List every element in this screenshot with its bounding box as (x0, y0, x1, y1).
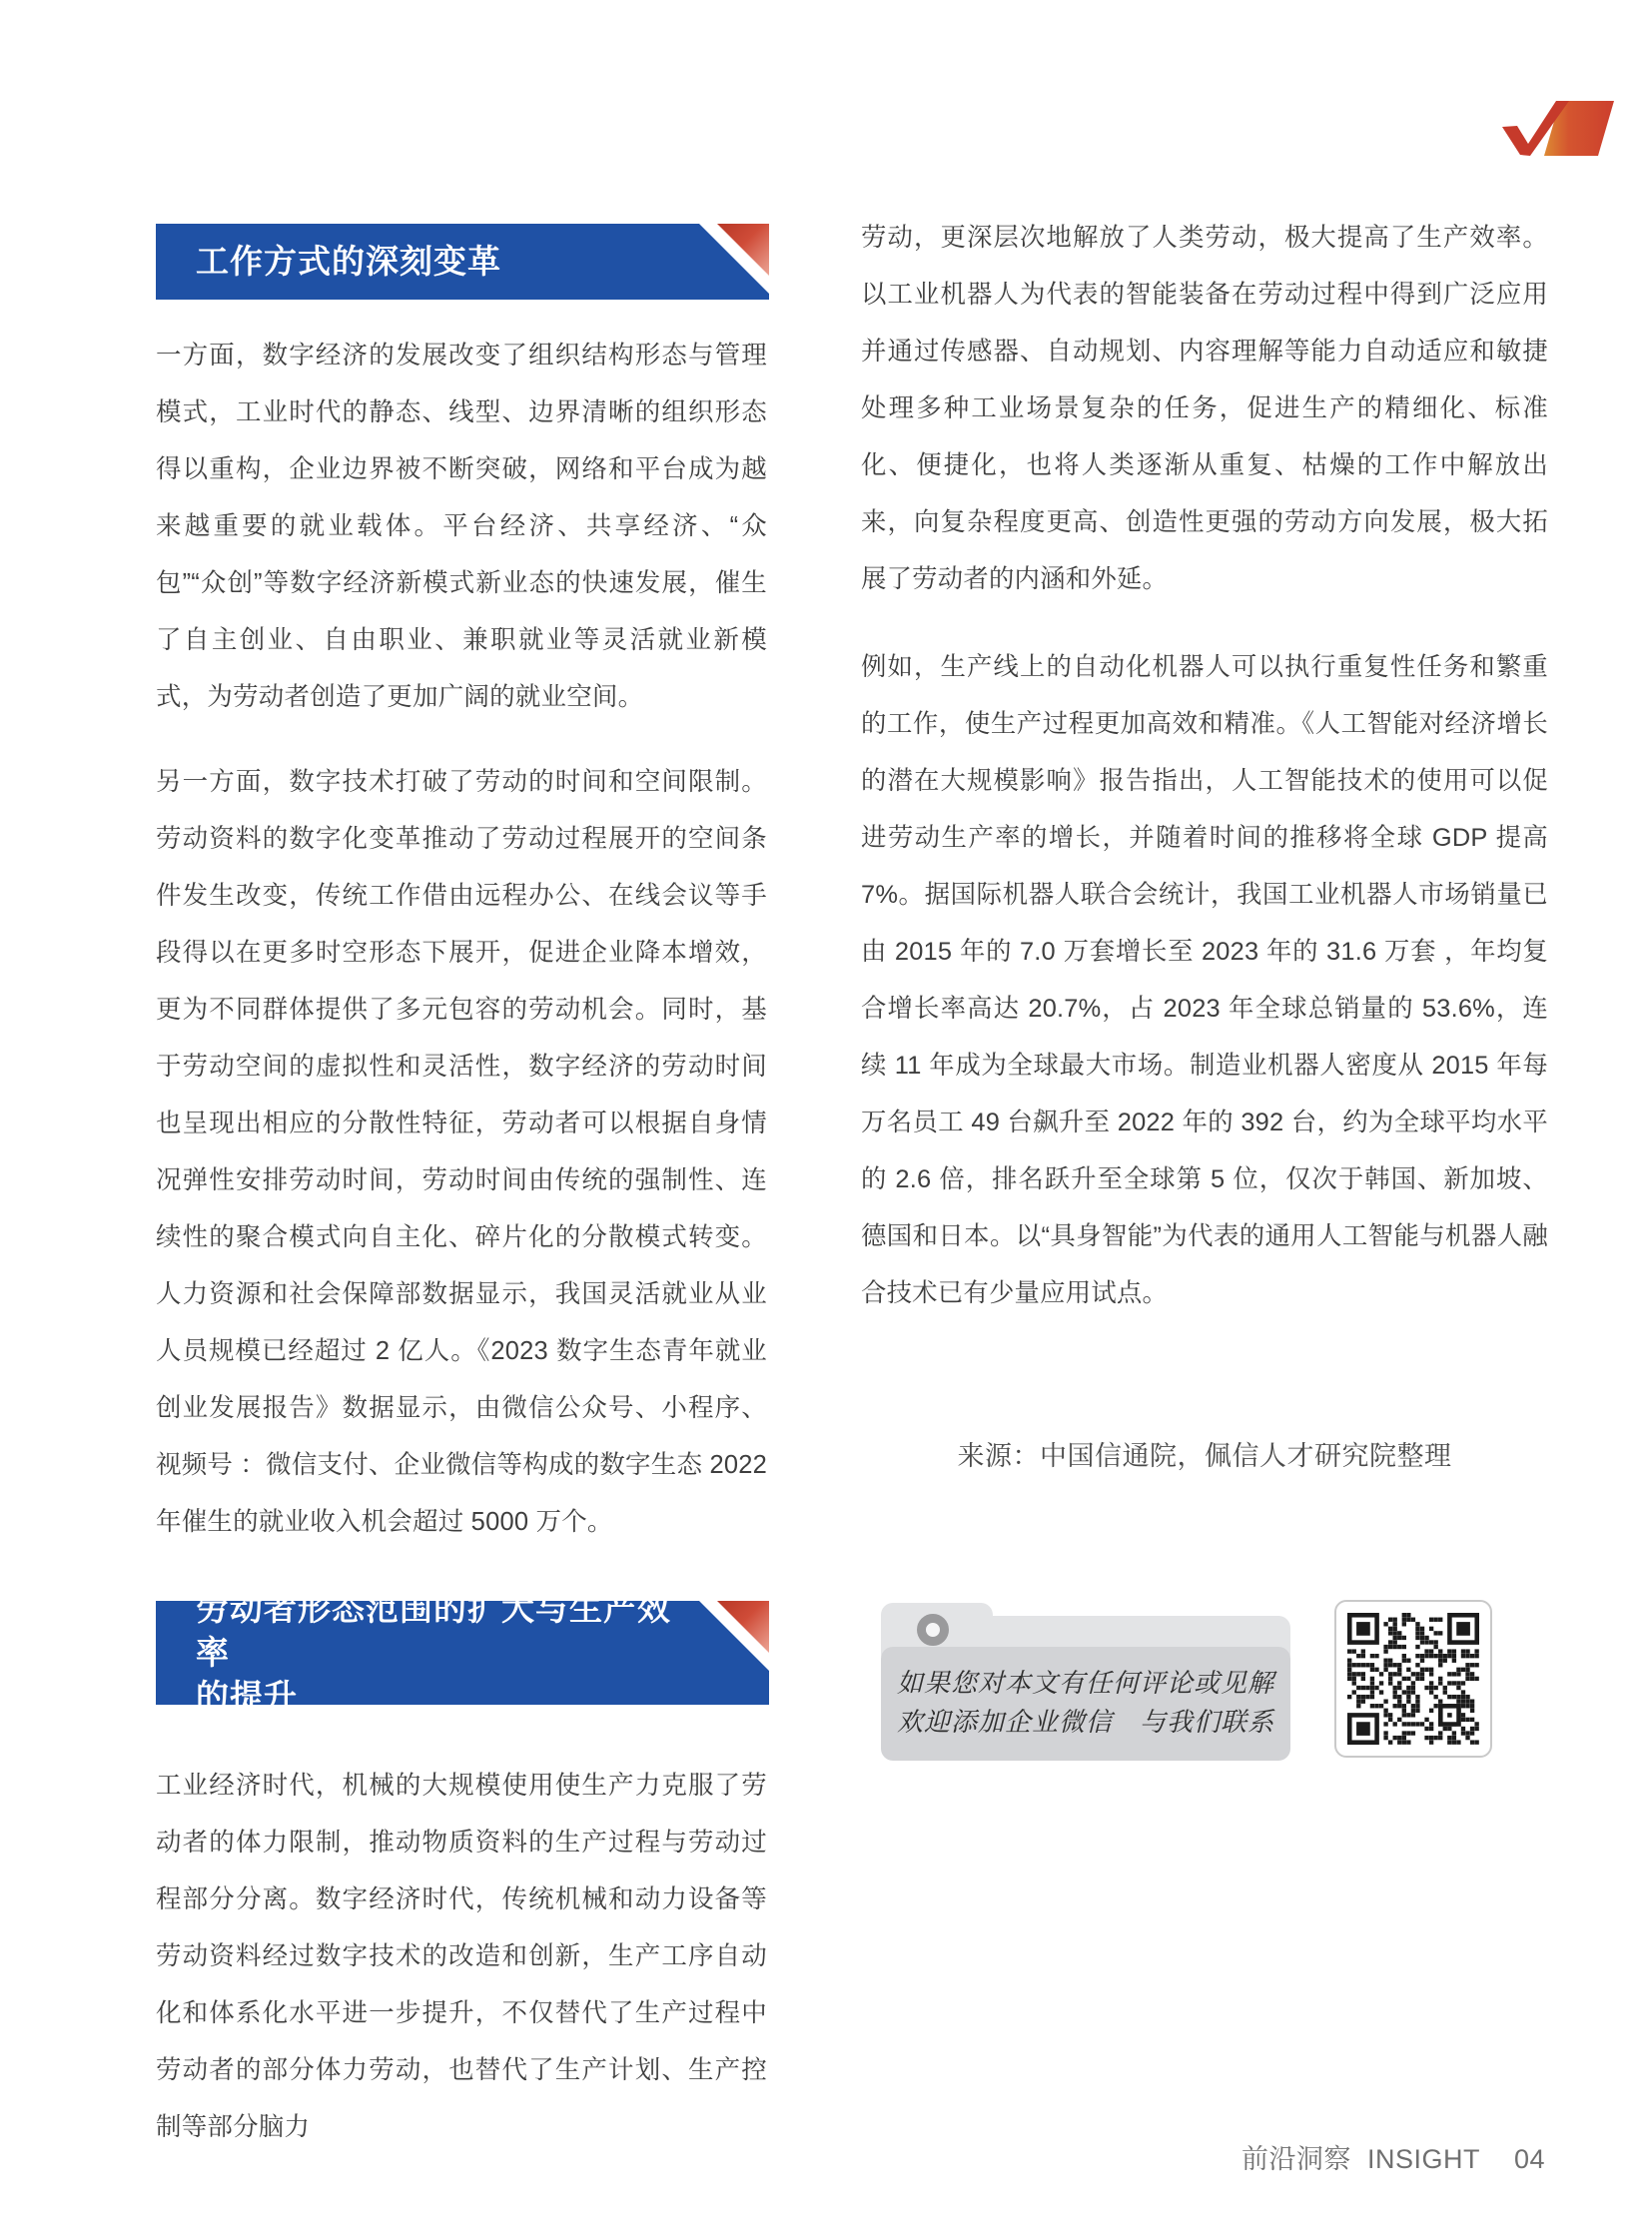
section-title: 工作方式的深刻变革 (196, 224, 699, 300)
checkmark-icon (1496, 98, 1618, 160)
footer-page-number: 04 (1514, 2144, 1545, 2175)
section-banner-1: 工作方式的深刻变革 (156, 224, 769, 300)
left-paragraph-1: 一方面，数字经济的发展改变了组织结构形态与管理模式，工业时代的静态、线型、边界清… (156, 328, 767, 726)
section-2-title-line-2: 的提升 (196, 1675, 699, 1719)
contact-note-panel: 如果您对本文有任何评论或见解 欢迎添加企业微信 与我们联系 (881, 1647, 1290, 1761)
section-banner-2: 劳动者形态范围的扩大与生产效率 的提升 (156, 1601, 769, 1705)
document-page: 工作方式的深刻变革 一方面，数字经济的发展改变了组织结构形态与管理模式，工业时代… (0, 0, 1652, 2238)
footer-section-en: INSIGHT (1367, 2144, 1480, 2175)
brand-checkmark-logo (1496, 98, 1618, 160)
section-1-title: 工作方式的深刻变革 (196, 240, 699, 284)
qr-code (1334, 1600, 1492, 1758)
section-2-title-line-1: 劳动者形态范围的扩大与生产效率 (196, 1587, 699, 1675)
contact-note-line-1: 如果您对本文有任何评论或见解 (897, 1668, 1274, 1701)
right-paragraph-2: 例如，生产线上的自动化机器人可以执行重复性任务和繁重的工作，使生产过程更加高效和… (861, 639, 1548, 1322)
contact-note-box: 如果您对本文有任何评论或见解 欢迎添加企业微信 与我们联系 (881, 1603, 1290, 1761)
page-footer: 前沿洞察 INSIGHT 04 (1241, 2137, 1545, 2176)
footer-section-zh: 前沿洞察 (1241, 2137, 1351, 2176)
source-attribution: 来源：中国信通院，佩信人才研究院整理 (861, 1434, 1548, 1473)
right-paragraph-1: 劳动，更深层次地解放了人类劳动，极大提高了生产效率。以工业机器人为代表的智能装备… (861, 210, 1548, 608)
contact-note-line-2: 欢迎添加企业微信 与我们联系 (897, 1707, 1274, 1740)
left-paragraph-2: 另一方面，数字技术打破了劳动的时间和空间限制。劳动资料的数字化变革推动了劳动过程… (156, 754, 767, 1551)
qr-code-pattern (1347, 1613, 1479, 1745)
left-paragraph-3: 工业经济时代，机械的大规模使用使生产力克服了劳动者的体力限制，推动物质资料的生产… (156, 1758, 767, 2156)
section-title: 劳动者形态范围的扩大与生产效率 的提升 (196, 1601, 699, 1705)
ring-hole-icon (917, 1614, 949, 1646)
